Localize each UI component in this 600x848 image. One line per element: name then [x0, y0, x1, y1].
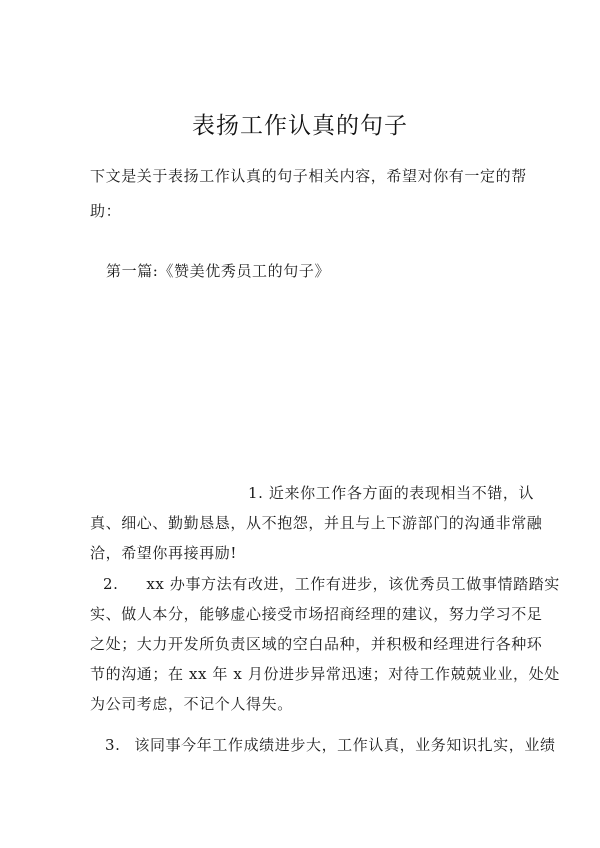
list-item-text: xx 办事方法有改进，工作有进步，该优秀员工做事情踏踏实	[146, 575, 560, 593]
list-item-3-first-line: 3. 该同事今年工作成绩进步大，工作认真，业务知识扎实，业绩	[105, 730, 530, 760]
list-item-number: 2.	[103, 569, 141, 599]
list-item-number: 3.	[105, 730, 129, 760]
list-item-line: 洽，希望你再接再励!	[90, 538, 515, 568]
list-item-line: 实、做人本分，能够虚心接受市场招商经理的建议，努力学习不足	[90, 599, 515, 629]
list-item-text: 近来你工作各方面的表现相当不错，认	[269, 484, 534, 502]
list-item-2-first-line: 2. xx 办事方法有改进，工作有进步，该优秀员工做事情踏踏实	[103, 569, 528, 599]
list-item-line: 真、细心、勤勤恳恳，从不抱怨，并且与上下游部门的沟通非常融	[90, 508, 515, 538]
document-title: 表扬工作认真的句子	[0, 110, 600, 142]
intro-line: 下文是关于表扬工作认真的句子相关内容，希望对你有一定的帮	[90, 161, 515, 191]
list-item-line: 为公司考虑，不记个人得失。	[90, 689, 515, 719]
list-item-1-first-line: 1. 近来你工作各方面的表现相当不错，认	[248, 478, 515, 508]
list-item-line: 节的沟通；在 xx 年 x 月份进步异常迅速；对待工作兢兢业业，处处	[90, 659, 515, 689]
section-heading: 第一篇:《赞美优秀员工的句子》	[106, 256, 531, 286]
list-item-text: 该同事今年工作成绩进步大，工作认真，业务知识扎实，业绩	[134, 736, 555, 754]
list-item-number: 1.	[248, 478, 264, 508]
intro-line: 助：	[90, 196, 515, 226]
list-item-line: 之处；大力开发所负责区域的空白品种，并积极和经理进行各种环	[90, 629, 515, 659]
document-page: 表扬工作认真的句子 下文是关于表扬工作认真的句子相关内容，希望对你有一定的帮 助…	[0, 0, 600, 848]
